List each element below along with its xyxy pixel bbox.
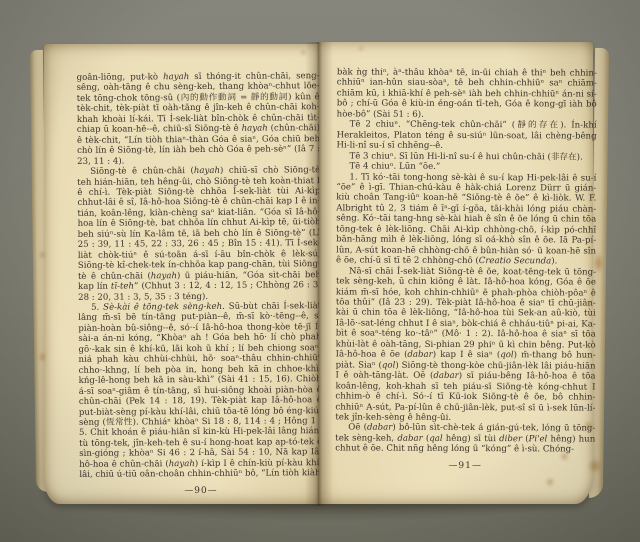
paragraph: Siōng-tè ê chûn-chāi (hayah) chiū-sī chò… <box>77 165 321 303</box>
foxing-spot <box>545 478 555 486</box>
book-gutter-shadow <box>305 42 333 506</box>
paragraph: bàk ǹg thiⁿ, àⁿ-thâu khòaⁿ tē, in-ūi chi… <box>337 67 597 120</box>
left-page: goân-liōng, put-kò hayah sī thóng-it chû… <box>44 44 319 504</box>
paragraph: Nā-sī chāi Í-sek-liàt Siōng-tè ê ōe, koa… <box>335 266 596 424</box>
page-number-left: —90— <box>79 485 322 497</box>
right-page: bàk ǹg thiⁿ, àⁿ-thâu khòaⁿ tē, in-ūi chi… <box>319 42 593 504</box>
foxing-spot <box>586 300 592 308</box>
page-number-right: —91— <box>335 460 595 472</box>
foxing-spot <box>588 458 602 474</box>
foxing-spot <box>40 250 45 260</box>
foxing-spot <box>595 248 602 278</box>
foxing-spot <box>300 50 307 55</box>
right-page-text: bàk ǹg thiⁿ, àⁿ-thâu khòaⁿ tē, in-ūi chi… <box>335 67 597 471</box>
paragraph: 5. Sè-kài ê tōng-tek sèng-keh. Sū-bùt ch… <box>78 301 322 480</box>
foxing-spot <box>358 46 364 51</box>
paragraph: Oē (dabar) bô-lūn sìt-chè-tek á gián-gú-… <box>335 423 595 455</box>
book-photo-scene: goân-liōng, put-kò hayah sī thóng-it chû… <box>0 0 640 542</box>
left-page-text: goân-liōng, put-kò hayah sī thóng-it chû… <box>77 71 323 497</box>
foxing-spot <box>560 452 569 461</box>
paragraph: 1. Tī kó·-tāi tong-hong sè-kài ê su-í ka… <box>336 172 596 267</box>
foxing-spot <box>584 420 593 432</box>
foxing-spot <box>40 350 45 364</box>
paragraph: goân-liōng, put-kò hayah sī thóng-it chû… <box>77 71 321 167</box>
paragraph: Tē 2 chiuⁿ. “Chēng-tek chûn-chāi” (靜的存在)… <box>337 120 597 152</box>
